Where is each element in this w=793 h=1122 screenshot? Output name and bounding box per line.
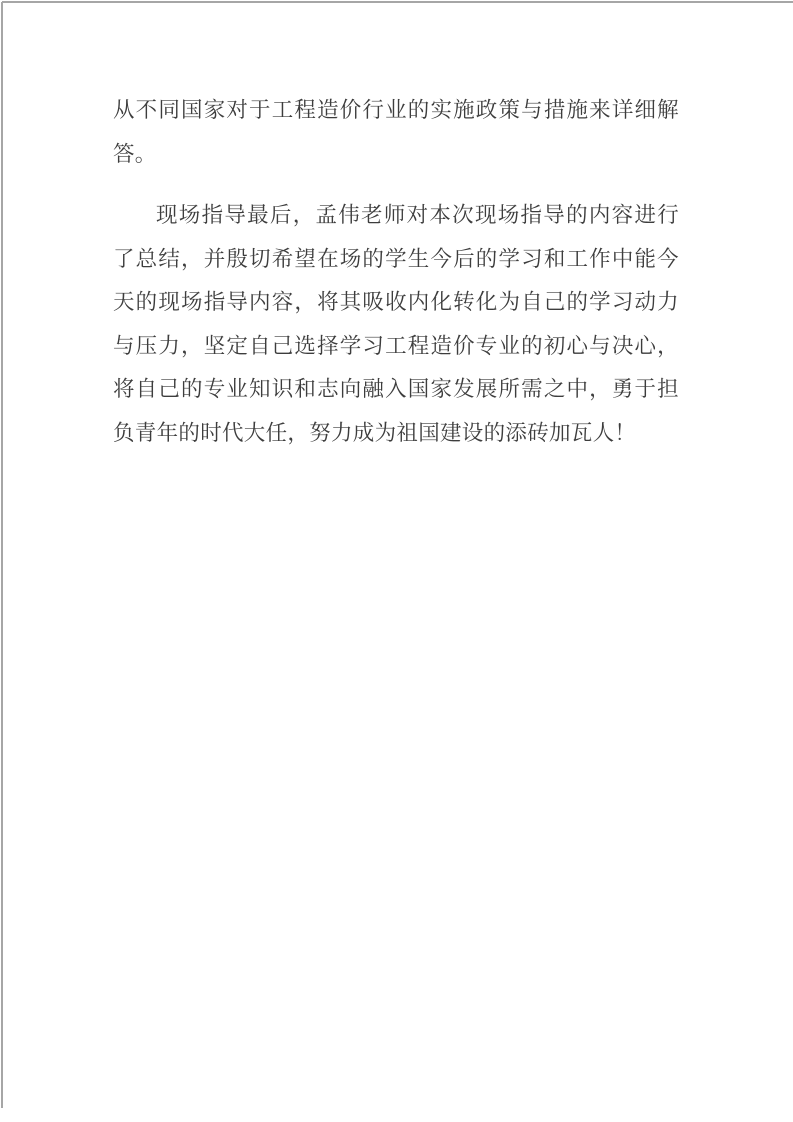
document-page: 从不同国家对于工程造价行业的实施政策与措施来详细解答。 现场指导最后，孟伟老师对… [0, 0, 793, 1122]
paragraph: 从不同国家对于工程造价行业的实施政策与措施来详细解答。 [113, 89, 679, 176]
paragraph: 现场指导最后，孟伟老师对本次现场指导的内容进行了总结，并殷切希望在场的学生今后的… [113, 194, 679, 455]
document-body: 从不同国家对于工程造价行业的实施政策与措施来详细解答。 现场指导最后，孟伟老师对… [113, 89, 679, 455]
page-edge-line-left [1, 2, 3, 1108]
page-edge-line-top [2, 1, 793, 3]
